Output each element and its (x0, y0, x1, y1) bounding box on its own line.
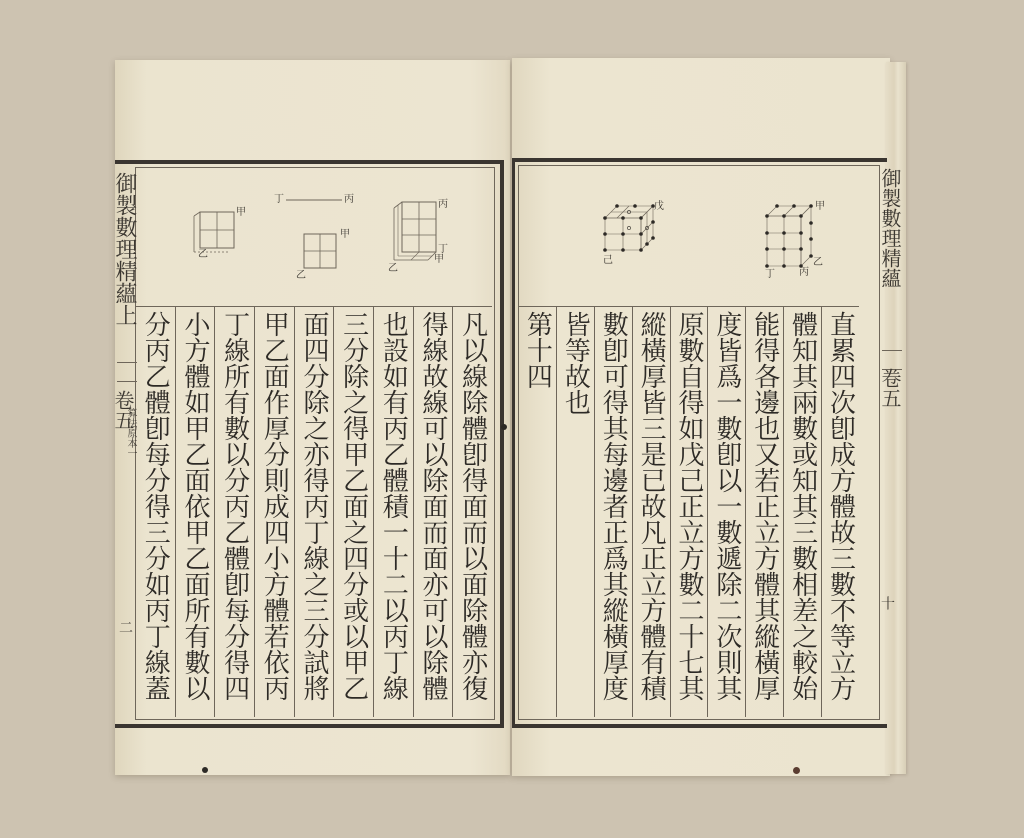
text-column: 甲乙面作厚分則成四小方體若依丙 (254, 307, 294, 717)
column-text: 甲乙面作厚分則成四小方體若依丙 (261, 311, 287, 717)
column-text: 凡以線除體卽得面而以面除體亦復 (460, 311, 486, 717)
line-diagram (286, 196, 346, 206)
binding-hole (793, 767, 800, 774)
column-text: 丁線所有數以分丙乙體卽每分得四 (222, 311, 248, 717)
text-column: 縱橫厚皆三是已故凡正立方體有積 (632, 307, 670, 717)
dotted-cube-diagram-wuji (605, 206, 665, 256)
left-margin-title: 御製數理精蘊上 (113, 172, 135, 326)
column-text: 縱橫厚皆三是已故凡正立方體有積 (638, 311, 664, 717)
fig1-label-jia: 甲 (236, 208, 246, 218)
column-text: 第十四 (524, 311, 550, 717)
column-text: 得線故線可以除面而面亦可以除體 (420, 311, 446, 717)
column-text: 皆等故也 (562, 311, 588, 717)
fig3-label-yi: 乙 (296, 271, 306, 281)
fishtail-mark (882, 350, 902, 370)
fig4-label-jia: 甲 (434, 255, 444, 265)
fig2-label-bing: 丙 (799, 268, 809, 278)
text-column: 原數自得如戊己正立方數二十七其 (670, 307, 708, 717)
fig3-label-jia: 甲 (340, 230, 350, 240)
column-text: 能得各邊也又若正立方體其縱橫厚 (752, 311, 778, 717)
text-column: 三分除之得甲乙面之四分或以甲乙 (333, 307, 373, 717)
column-text: 度皆爲一數卽以一數遞除二次則其 (714, 311, 740, 717)
text-column: 小方體如甲乙面依甲乙面所有數以 (175, 307, 215, 717)
fig1-label-yi: 乙 (198, 250, 208, 260)
right-text-columns: 直累四次卽成方體故三數不等立方 體知其兩數或知其三數相差之較始 能得各邊也又若正… (519, 307, 859, 717)
text-column: 度皆爲一數卽以一數遞除二次則其 (707, 307, 745, 717)
dotted-cube-diagram-jiayi (767, 206, 817, 268)
fig4-label-bing: 丙 (438, 200, 448, 210)
text-column: 體知其兩數或知其三數相差之較始 (783, 307, 821, 717)
column-text: 小方體如甲乙面依甲乙面所有數以 (182, 311, 208, 717)
column-text: 分丙乙體卽每分得三分如丙丁線蓋 (142, 311, 168, 717)
square-face-diagram (194, 212, 254, 272)
fishtail-mark (117, 362, 137, 382)
fig2-label-ding: 丁 (274, 195, 284, 205)
left-diagram-panel: 甲 乙 丁 丙 甲 乙 丙 丁 甲 乙 (136, 168, 492, 307)
fig2-label-ding: 丁 (765, 270, 775, 280)
text-column: 第十四 (519, 307, 556, 717)
binding-hole (202, 767, 208, 773)
flat-square-diagram (304, 234, 344, 274)
fig1-label-wu: 戊 (654, 202, 664, 212)
column-text: 直累四次卽成方體故三數不等立方 (828, 311, 854, 717)
text-column: 數卽可得其每邊者正爲其縱橫厚度 (594, 307, 632, 717)
right-margin-title: 御製數理精蘊 (880, 168, 900, 288)
text-column: 面四分除之亦得丙丁線之三分試將 (294, 307, 334, 717)
fig1-label-ji: 己 (603, 256, 613, 266)
fig2-label-bing: 丙 (344, 195, 354, 205)
text-column: 直累四次卽成方體故三數不等立方 (821, 307, 859, 717)
text-column: 凡以線除體卽得面而以面除體亦復 (452, 307, 492, 717)
left-text-columns: 凡以線除體卽得面而以面除體亦復 得線故線可以除面而面亦可以除體 也設如有丙乙體積… (136, 307, 492, 717)
left-margin-section: 算法原本一 (125, 408, 135, 458)
text-column: 皆等故也 (556, 307, 594, 717)
column-text: 三分除之得甲乙面之四分或以甲乙 (341, 311, 367, 717)
binding-hole (501, 424, 507, 430)
text-column: 丁線所有數以分丙乙體卽每分得四 (214, 307, 254, 717)
column-text: 體知其兩數或知其三數相差之較始 (790, 311, 816, 717)
fig2-label-jia: 甲 (815, 202, 825, 212)
column-text: 原數自得如戊己正立方數二十七其 (676, 311, 702, 717)
right-page-number: 十 (880, 596, 894, 610)
text-column: 分丙乙體卽每分得三分如丙丁線蓋 (136, 307, 175, 717)
text-column: 也設如有丙乙體積一十二以丙丁線 (373, 307, 413, 717)
column-text: 也設如有丙乙體積一十二以丙丁線 (380, 311, 406, 717)
column-text: 數卽可得其每邊者正爲其縱橫厚度 (600, 311, 626, 717)
text-column: 得線故線可以除面而面亦可以除體 (413, 307, 453, 717)
left-page-number: 二 (118, 620, 132, 634)
fig2-label-yi: 乙 (813, 258, 823, 268)
fig4-label-yi: 乙 (388, 264, 398, 274)
text-column: 能得各邊也又若正立方體其縱橫厚 (745, 307, 783, 717)
right-margin-volume: 卷五 (880, 368, 900, 408)
right-diagram-panel: 戊 己 甲 乙 丙 丁 (519, 166, 859, 307)
column-text: 面四分除之亦得丙丁線之三分試將 (301, 311, 327, 717)
